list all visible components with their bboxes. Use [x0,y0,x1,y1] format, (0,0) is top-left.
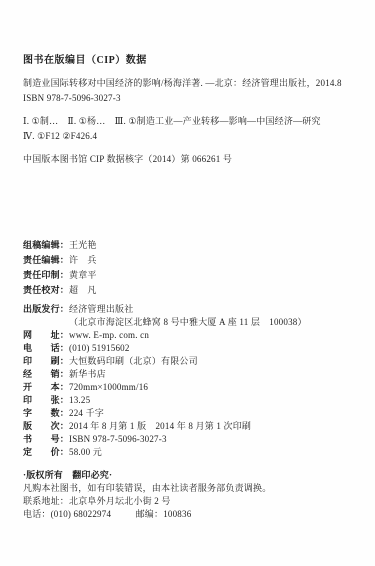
publishing-row: 书 号： ISBN 978-7-5096-3027-3 [23,433,367,446]
publishing-row: 开 本： 720mm×1000mm/16 [23,381,367,394]
publishing-row: 定 价： 58.00 元 [23,446,367,459]
staff-label: 责任印制： [23,268,69,283]
publishing-row: （北京市海淀区北蜂窝 8 号中雅大厦 A 座 11 层 100038） [23,316,367,329]
staff-label: 组稿编辑： [23,238,69,253]
publishing-value: (010) 51915602 [69,342,367,355]
publishing-label: 书 号： [23,433,69,446]
publishing-value: 224 千字 [69,407,367,420]
publishing-row: 网 址： www. E-mp. com. cn [23,329,367,342]
publishing-label: 印 刷： [23,355,69,368]
publishing-value: www. E-mp. com. cn [69,329,367,342]
publisher-address: （北京市海淀区北蜂窝 8 号中雅大厦 A 座 11 层 100038） [69,316,367,329]
contact-phone-line: 电话：(010) 68022974 邮编：100836 [23,508,367,521]
staff-value: 黄章平 [69,268,367,283]
publishing-label: 版 次： [23,420,69,433]
publishing-value: 58.00 元 [69,446,367,459]
publishing-block: 出版发行： 经济管理出版社 （北京市海淀区北蜂窝 8 号中雅大厦 A 座 11 … [23,303,367,459]
staff-label: 责任校对： [23,283,69,298]
staff-block: 组稿编辑： 王光艳 责任编辑： 许 兵 责任印制： 黄章平 责任校对： 超 凡 [23,238,367,298]
cip-record-number: 中国版本图书馆 CIP 数据核字（2014）第 066261 号 [23,152,367,167]
publishing-row: 印 张： 13.25 [23,394,367,407]
cip-classification-1: Ⅰ. ①制… Ⅱ. ①杨… Ⅲ. ①制造工业—产业转移—影响—中国经济—研究 [23,114,367,129]
contact-postcode: 邮编：100836 [136,509,192,519]
publishing-row: 电 话： (010) 51915602 [23,342,367,355]
copyright-block: ·版权所有 翻印必究· 凡购本社图书，如有印装错误，由本社读者服务部负责调换。 … [23,469,367,521]
publishing-value: 大恒数码印刷（北京）有限公司 [69,355,367,368]
exchange-note: 凡购本社图书，如有印装错误，由本社读者服务部负责调换。 [23,482,367,495]
publishing-row: 版 次： 2014 年 8 月第 1 版 2014 年 8 月第 1 次印刷 [23,420,367,433]
staff-row: 组稿编辑： 王光艳 [23,238,367,253]
contact-phone: 电话：(010) 68022974 [23,509,111,519]
cip-description: 制造业国际转移对中国经济的影响/杨海洋著. —北京：经济管理出版社，2014.8 [23,76,367,91]
cip-description-block: 制造业国际转移对中国经济的影响/杨海洋著. —北京：经济管理出版社，2014.8… [23,76,367,106]
publishing-label: 字 数： [23,407,69,420]
staff-value: 超 凡 [69,283,367,298]
staff-value: 许 兵 [69,253,367,268]
cip-classification-block: Ⅰ. ①制… Ⅱ. ①杨… Ⅲ. ①制造工业—产业转移—影响—中国经济—研究 Ⅳ… [23,114,367,144]
publishing-row: 印 刷： 大恒数码印刷（北京）有限公司 [23,355,367,368]
publishing-label: 开 本： [23,381,69,394]
publishing-value: 13.25 [69,394,367,407]
publishing-label: 定 价： [23,446,69,459]
staff-row: 责任编辑： 许 兵 [23,253,367,268]
contact-address: 联系地址：北京阜外月坛北小街 2 号 [23,495,367,508]
publishing-row: 经 销： 新华书店 [23,368,367,381]
publishing-label [23,316,69,329]
cip-title: 图书在版编目（CIP）数据 [23,53,367,68]
publishing-value: 经济管理出版社 [69,303,367,316]
publishing-label: 印 张： [23,394,69,407]
publishing-value: 2014 年 8 月第 1 版 2014 年 8 月第 1 次印刷 [69,420,367,433]
cip-isbn: ISBN 978-7-5096-3027-3 [23,91,367,106]
staff-row: 责任印制： 黄章平 [23,268,367,283]
copyright-notice: ·版权所有 翻印必究· [23,469,367,482]
publishing-value: 新华书店 [69,368,367,381]
publishing-label: 出版发行： [23,303,69,316]
publishing-label: 网 址： [23,329,69,342]
cip-block: 图书在版编目（CIP）数据 制造业国际转移对中国经济的影响/杨海洋著. —北京：… [23,53,367,167]
publishing-value: ISBN 978-7-5096-3027-3 [69,433,367,446]
copyright-page: 图书在版编目（CIP）数据 制造业国际转移对中国经济的影响/杨海洋著. —北京：… [0,0,375,566]
publishing-row: 出版发行： 经济管理出版社 [23,303,367,316]
staff-row: 责任校对： 超 凡 [23,283,367,298]
staff-label: 责任编辑： [23,253,69,268]
publishing-value: 720mm×1000mm/16 [69,381,367,394]
publishing-label: 经 销： [23,368,69,381]
staff-value: 王光艳 [69,238,367,253]
publishing-row: 字 数： 224 千字 [23,407,367,420]
publishing-label: 电 话： [23,342,69,355]
cip-classification-2: Ⅳ. ①F12 ②F426.4 [23,129,367,144]
